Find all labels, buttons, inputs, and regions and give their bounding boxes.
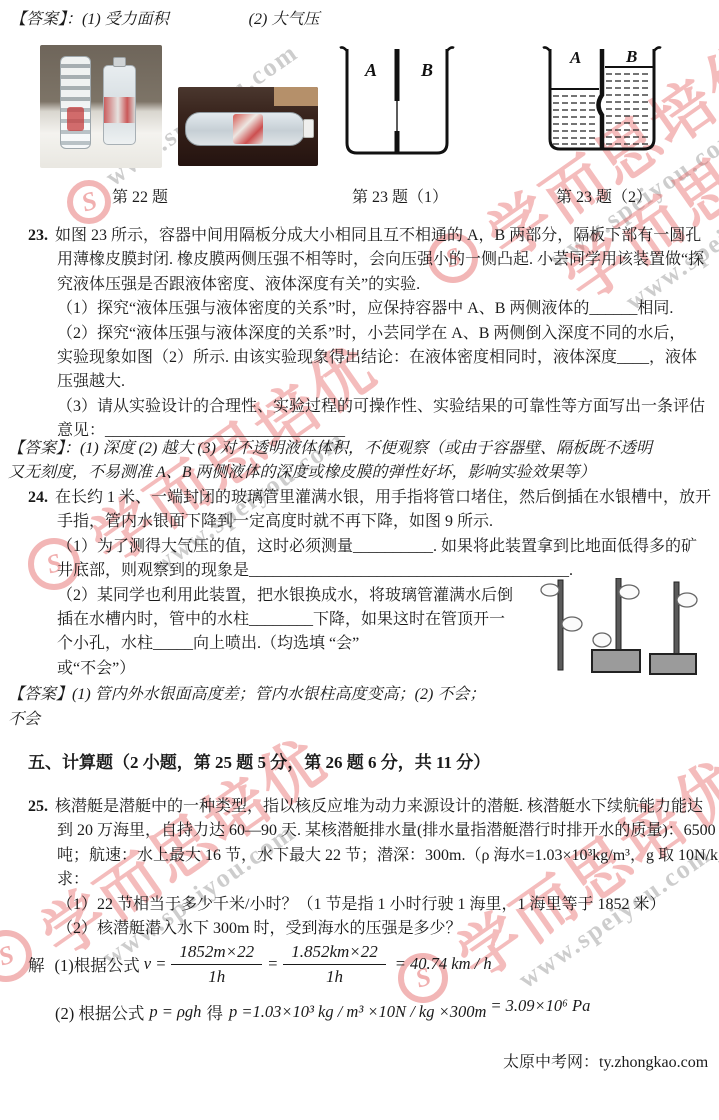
bottle-tall <box>60 56 91 149</box>
background-object <box>274 87 318 106</box>
text-line: 又无刻度，不易测准 A、B 两侧液体的深度或橡皮膜的弹性好坏，影响实验效果等） <box>8 461 713 485</box>
bottle-cap <box>303 119 314 138</box>
question-number: 25. <box>28 798 48 815</box>
text-line: 不会 <box>8 707 713 732</box>
formula-result: = 3.09×10⁶ Pa <box>490 996 590 1016</box>
question-23: 23.如图 23 所示，容器中间用隔板分成大小相同且互不相通的 A，B 两部分，… <box>28 224 708 444</box>
equals-sign: = <box>267 954 278 974</box>
diagram-fig9-barometer-steps <box>528 578 700 680</box>
answer-23: 【答案】：(1) 深度 (2) 越大 (3) 对不透明液体体积，不便观察（或由于… <box>8 437 713 486</box>
bottle-label-red <box>233 114 263 144</box>
text-line: 究液体压强是否跟液体密度、液体深度有关”的实验. <box>28 273 708 297</box>
text-line: 吨；航速：水上最大 16 节，水下最大 22 节；潜深：300m.（ρ 海水=1… <box>28 844 713 868</box>
formula-prefix: (2) 根据公式 <box>55 1000 144 1024</box>
diagram-beaker-empty-partition: A B <box>338 43 456 167</box>
text-line: （1）22 节相当于多少千米/小时？（1 节是指 1 小时行驶 1 海里，1 海… <box>28 893 713 917</box>
text-line: 到 20 万海里，自持力达 60—90 天. 某核潜艇排水量(排水量指潜艇潜行时… <box>28 819 713 843</box>
text-line: 24.在长约 1 米、一端封闭的玻璃管里灌满水银，用手指将管口堵住，然后倒插在水… <box>28 486 708 510</box>
exam-document-page: S www.speiyou.com S 学而思培优 www.speiyou.co… <box>0 0 719 1120</box>
answer-24: 【答案】(1) 管内外水银面高度差；管内水银柱高度变高；(2) 不会； 不会 <box>8 682 713 732</box>
label-b: B <box>420 60 433 80</box>
solution-line-2: (2) 根据公式 p = ρgh 得 p =1.03×10³ kg / m³ ×… <box>55 1000 590 1024</box>
solution-label: 解 <box>28 952 45 976</box>
section-header: 五、计算题（2 小题，第 25 题 5 分，第 26 题 6 分，共 11 分） <box>28 748 490 773</box>
question-25: 25.核潜艇是潜艇中的一种类型，指以核反应堆为动力来源设计的潜艇. 核潜艇水下续… <box>28 795 713 941</box>
fraction: 1.852km×22 1h <box>283 942 386 987</box>
fraction: 1852m×22 1h <box>171 942 262 987</box>
formula-result: = 40.74 km / h <box>395 954 492 974</box>
formula: p = ρgh <box>149 1002 201 1022</box>
solution-line-1: 解 (1)根据公式 v = 1852m×22 1h = 1.852km×22 1… <box>28 936 492 992</box>
diagram-beaker-water-levels: A B <box>541 43 663 162</box>
formula-connector: 得 <box>206 1000 223 1024</box>
text-line: 【答案】：(1) 深度 (2) 越大 (3) 对不透明液体体积，不便观察（或由于… <box>8 437 713 461</box>
label-a: A <box>364 60 377 80</box>
text-line: （1）探究“液体压强与液体密度的关系”时，应保持容器中 A、B 两侧液体的___… <box>28 297 708 321</box>
answer-22-line: 【答案】：(1) 受力面积 (2) 大气压 <box>10 8 319 32</box>
label-a: A <box>569 48 581 67</box>
text-line: 用薄橡皮膜封闭. 橡皮膜两侧压强不相等时，会向压强小的一侧凸起. 小芸同学用该装… <box>28 248 708 272</box>
bottle-label-red <box>67 107 84 131</box>
watermark-logo-icon: S <box>67 180 111 224</box>
text-line: 【答案】(1) 管内外水银面高度差；管内水银柱高度变高；(2) 不会； <box>8 682 713 707</box>
question-number: 23. <box>28 227 48 244</box>
caption-fig22: 第 22 题 <box>112 184 168 207</box>
formula-lhs: v = <box>144 954 167 974</box>
text-line: 25.核潜艇是潜艇中的一种类型，指以核反应堆为动力来源设计的潜艇. 核潜艇水下续… <box>28 795 713 819</box>
text-line: 压强越大. <box>28 370 708 394</box>
text-line: （3）请从实验设计的合理性、实验过程的可操作性、实验结果的可靠性等方面写出一条评… <box>28 395 708 419</box>
label-b: B <box>625 47 637 66</box>
text-line: 实验现象如图（2）所示. 由该实验现象得出结论：在液体密度相同时，液体深度___… <box>28 346 708 370</box>
caption-fig23-1: 第 23 题（1） <box>352 184 448 207</box>
formula-calculation: p =1.03×10³ kg / m³ ×10N / kg ×300m <box>229 1002 486 1022</box>
text-line: 求： <box>28 868 713 892</box>
text-line: （2）探究“液体压强与液体深度的关系”时，小芸同学在 A、B 两侧倒入深度不同的… <box>28 322 708 346</box>
text-line: （1）为了测得大气压的值，这时必须测量__________. 如果将此装置拿到比… <box>28 535 708 559</box>
question-number: 24. <box>28 489 48 506</box>
text-line: 手指，管内水银面下降到一定高度时就不再下降，如图 9 所示. <box>28 510 708 534</box>
footer-site-link: 太原中考网：ty.zhongkao.com <box>503 1049 708 1072</box>
photo-bottle-lying <box>178 87 318 166</box>
formula-prefix: (1)根据公式 <box>55 952 140 976</box>
photo-bottles-upright <box>40 45 162 168</box>
caption-fig23-2: 第 23 题（2） <box>556 184 652 207</box>
bottle-cap <box>113 57 126 67</box>
text-line: 23.如图 23 所示，容器中间用隔板分成大小相同且互不相通的 A，B 两部分，… <box>28 224 708 248</box>
bottle-label-red <box>104 97 135 123</box>
